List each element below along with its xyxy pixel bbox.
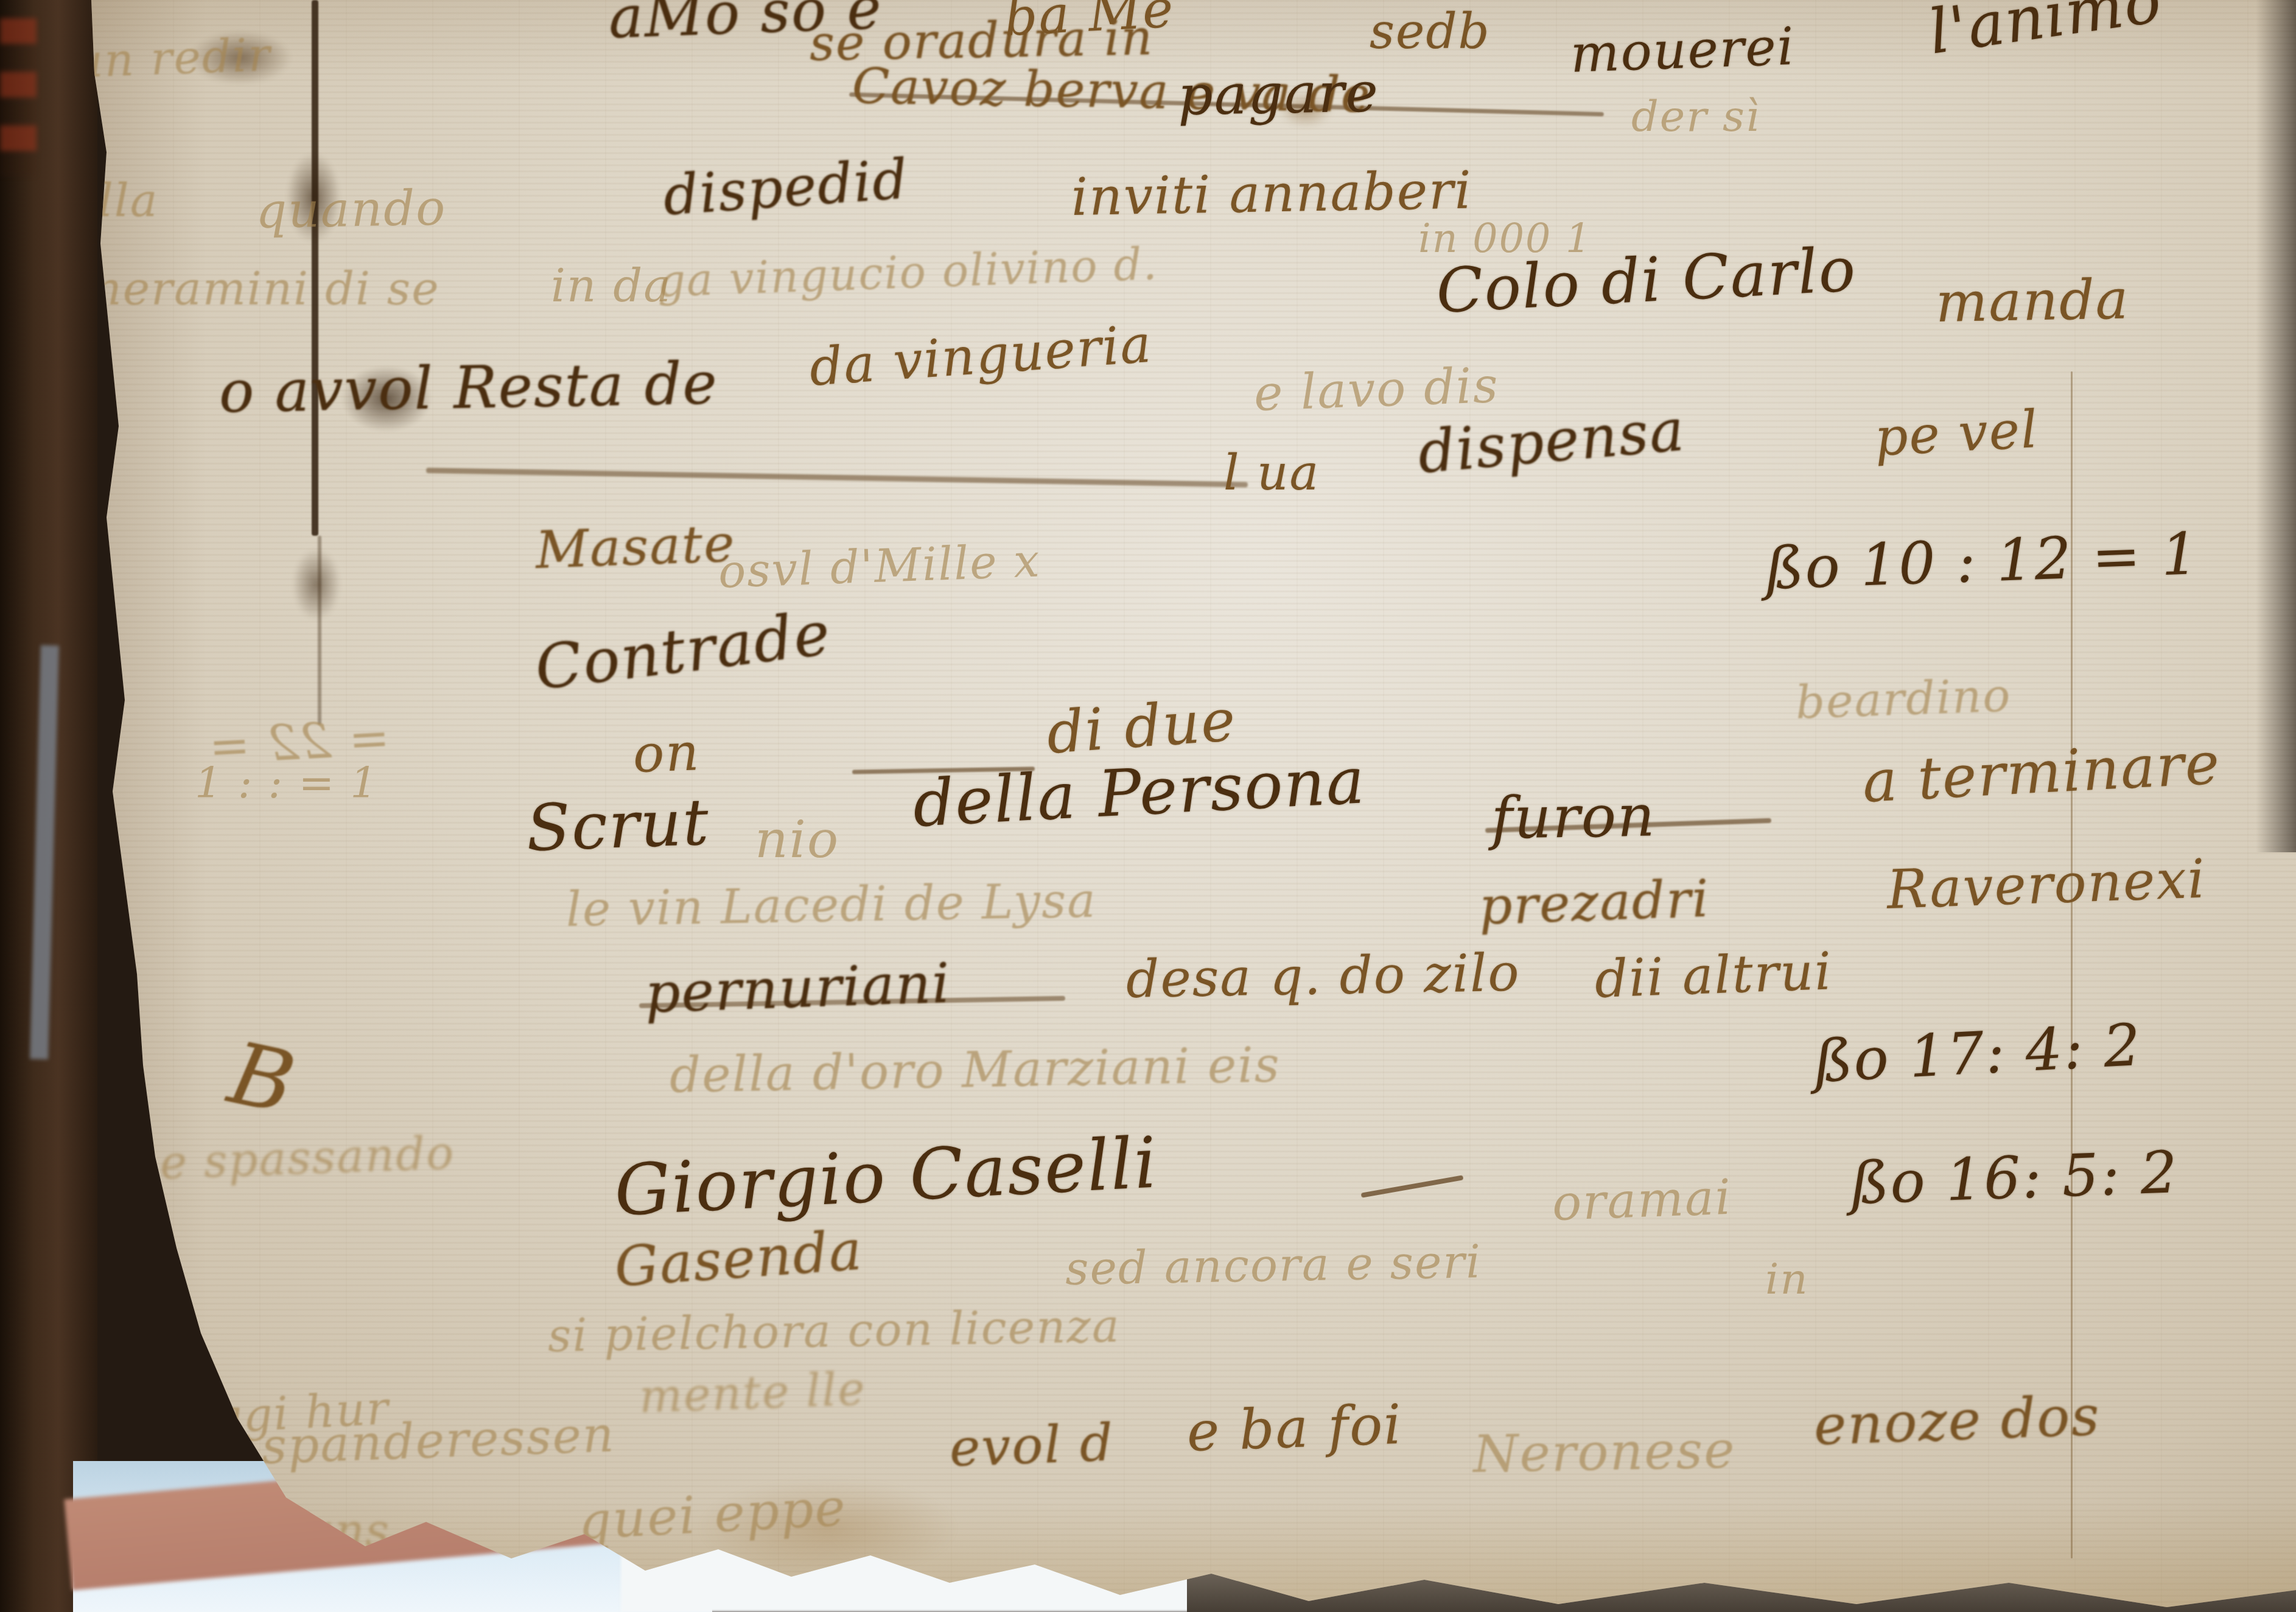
- handwriting-fragment: della d'oro Marziani eis: [669, 1036, 1281, 1104]
- bleedthrough-fragment: = 22 =: [206, 709, 391, 776]
- handwriting-fragment: sedb: [1370, 3, 1491, 60]
- struck-word: furon: [1491, 782, 1656, 852]
- struck-word: pagare: [1177, 60, 1380, 128]
- manuscript-photo: aMo sò è ba Me se oradura in sedb mouere…: [0, 0, 2296, 1612]
- margin-line-left-lower: [318, 536, 321, 724]
- handwriting-fragment: in da: [551, 259, 672, 312]
- handwriting-fragment: inviti annaberi: [1071, 161, 1473, 228]
- handwriting-fragment: sed ancora e seri: [1065, 1235, 1482, 1295]
- account-figure: ßo 16: 5: 2: [1849, 1139, 2180, 1218]
- handwriting-fragment: osvl d'Mille x: [717, 534, 1041, 598]
- handwriting-fragment: mouerei: [1569, 16, 1796, 85]
- handwriting-fragment: e lavo dis: [1253, 357, 1500, 422]
- handwriting-fragment: e ba foi: [1186, 1393, 1403, 1464]
- handwriting-fragment: Masate: [534, 514, 737, 581]
- spine-red-bands: [0, 18, 37, 177]
- struck-word: pernuriani: [644, 951, 951, 1026]
- handwriting-fragment: Scrut: [525, 785, 711, 866]
- photo-edge-shadow: [2256, 0, 2296, 852]
- handwriting-fragment: manda: [1935, 267, 2130, 335]
- handwriting-fragment: in: [1765, 1254, 1808, 1304]
- handwriting-fragment: le vin Lacedi de Lysa: [565, 874, 1097, 937]
- ink-stain: [292, 548, 341, 621]
- handwriting-fragment: oramai: [1551, 1169, 1732, 1232]
- handwriting-fragment: prezadri: [1478, 869, 1710, 937]
- handwriting-fragment: der sì: [1631, 91, 1760, 141]
- handwriting-fragment: enoze dos: [1813, 1384, 2101, 1458]
- handwriting-fragment: dii altrui: [1594, 941, 1833, 1010]
- handwriting-fragment: l ua: [1223, 444, 1320, 501]
- handwriting-fragment: o avvol Resta de: [219, 351, 718, 426]
- handwriting-fragment: quando: [255, 180, 447, 239]
- handwriting-fragment: nio: [755, 810, 839, 870]
- handwriting-fragment: Raveronexi: [1886, 847, 2207, 921]
- handwriting-fragment: Neronese: [1472, 1420, 1736, 1485]
- handwriting-fragment: pe vel: [1873, 399, 2040, 468]
- handwriting-fragment: si pielchora con licenza: [547, 1299, 1121, 1362]
- paper-sheet: aMo sò è ba Me se oradura in sedb mouere…: [0, 0, 2296, 1612]
- handwriting-fragment: beardino: [1794, 668, 2012, 729]
- handwriting-fragment: on: [632, 722, 701, 785]
- handwriting-fragment: evol d: [948, 1413, 1115, 1479]
- handwriting-fragment: mente lle: [638, 1362, 866, 1423]
- handwriting-fragment: desa q. do zilo: [1125, 943, 1521, 1010]
